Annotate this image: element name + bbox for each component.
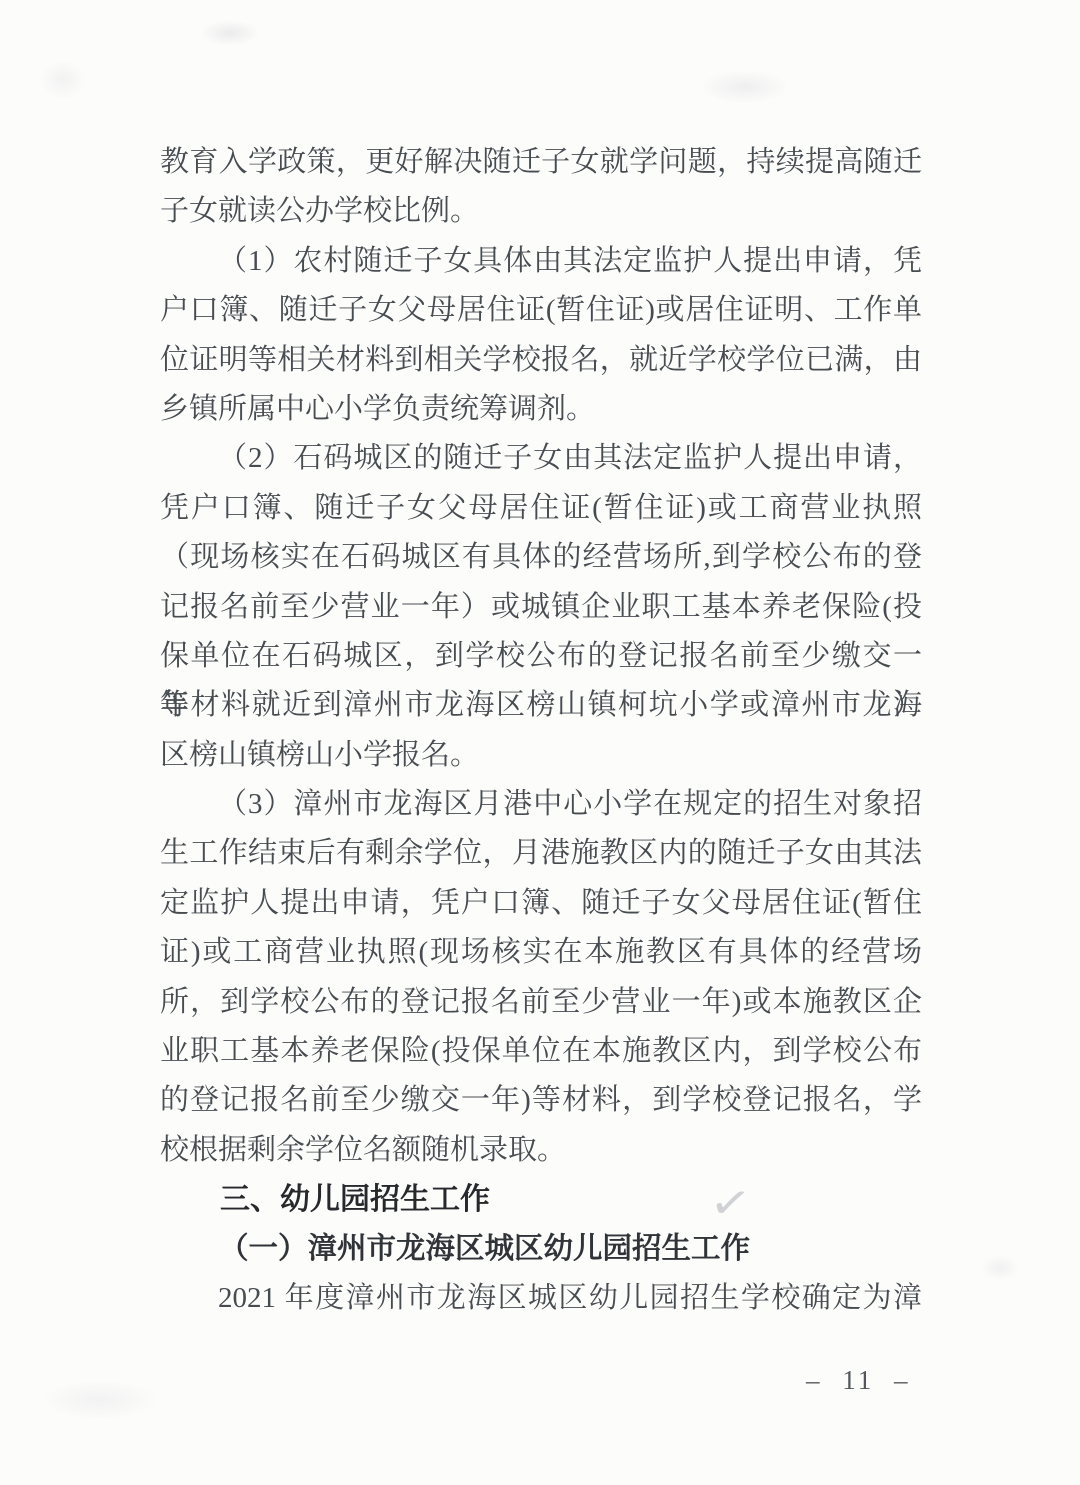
scan-smudge — [40, 60, 86, 100]
heading-line: （一）漳州市龙海区城区幼儿园招生工作 — [160, 1225, 922, 1274]
text-line: 的登记报名前至少缴交一年)等材料，到学校登记报名，学 — [160, 1076, 922, 1125]
text-line: （1）农村随迁子女具体由其法定监护人提出申请，凭 — [160, 237, 922, 286]
text-line: 所，到学校公布的登记报名前至少营业一年)或本施教区企 — [160, 978, 922, 1027]
scan-smudge — [980, 1255, 1020, 1281]
text-line: 2021 年度漳州市龙海区城区幼儿园招生学校确定为漳 — [160, 1274, 922, 1323]
text-line: 位证明等相关材料到相关学校报名，就近学校学位已满，由 — [160, 336, 922, 385]
heading-line: 三、幼儿园招生工作 — [160, 1175, 922, 1224]
text-line: 生工作结束后有剩余学位，月港施教区内的随迁子女由其法 — [160, 829, 922, 878]
scan-smudge — [200, 20, 260, 46]
text-column: 教育入学政策，更好解决随迁子女就学问题，持续提高随迁子女就读公办学校比例。（1）… — [160, 138, 922, 1323]
text-line: 定监护人提出申请，凭户口簿、随迁子女父母居住证(暂住 — [160, 879, 922, 928]
text-line: （3）漳州市龙海区月港中心小学在规定的招生对象招 — [160, 780, 922, 829]
text-line: 等材料就近到漳州市龙海区榜山镇柯坑小学或漳州市龙海 — [160, 681, 922, 730]
page-number: – 11 – — [806, 1362, 911, 1398]
text-line: 记报名前至少营业一年）或城镇企业职工基本养老保险(投 — [160, 583, 922, 632]
text-line: 校根据剩余学位名额随机录取。 — [160, 1126, 922, 1175]
text-line: （2）石码城区的随迁子女由其法定监护人提出申请， — [160, 434, 922, 483]
text-line: 乡镇所属中心小学负责统筹调剂。 — [160, 385, 922, 434]
text-line: 保单位在石码城区，到学校公布的登记报名前至少缴交一年） — [160, 632, 922, 681]
scan-smudge — [700, 70, 790, 104]
text-line: 教育入学政策，更好解决随迁子女就学问题，持续提高随迁 — [160, 138, 922, 187]
text-line: （现场核实在石码城区有具体的经营场所,到学校公布的登 — [160, 533, 922, 582]
text-line: 业职工基本养老保险(投保单位在本施教区内，到学校公布 — [160, 1027, 922, 1076]
text-line: 区榜山镇榜山小学报名。 — [160, 731, 922, 780]
text-line: 子女就读公办学校比例。 — [160, 187, 922, 236]
text-line: 凭户口簿、随迁子女父母居住证(暂住证)或工商营业执照 — [160, 484, 922, 533]
text-line: 户口簿、随迁子女父母居住证(暂住证)或居住证明、工作单 — [160, 286, 922, 335]
text-line: 证)或工商营业执照(现场核实在本施教区有具体的经营场 — [160, 928, 922, 977]
scanned-page: ✓ 教育入学政策，更好解决随迁子女就学问题，持续提高随迁子女就读公办学校比例。（… — [0, 0, 1080, 1485]
scan-smudge — [40, 1380, 160, 1420]
